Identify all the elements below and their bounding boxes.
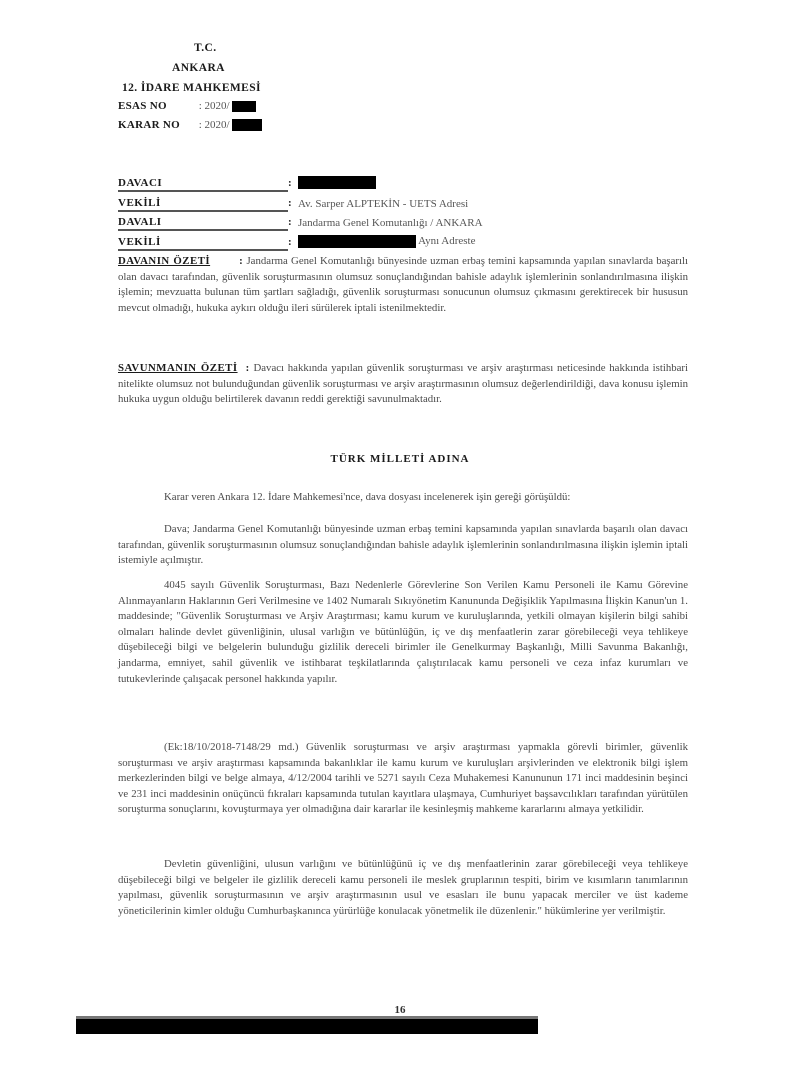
esas-no-row: ESAS NO : 2020/ xyxy=(118,100,256,112)
paragraph-2: Dava; Jandarma Genel Komutanlığı bünyesi… xyxy=(118,522,688,569)
header-country: T.C. xyxy=(194,42,216,54)
party-label-davali: DAVALI xyxy=(118,216,288,231)
redaction-vekili xyxy=(298,235,416,248)
savunmanin-ozeti-section: SAVUNMANIN ÖZETİ : Davacı hakkında yapıl… xyxy=(118,361,688,408)
redaction-esas xyxy=(232,101,256,112)
vekili-address: Aynı Adreste xyxy=(418,235,475,247)
party-value-davali: Jandarma Genel Komutanlığı / ANKARA xyxy=(298,217,483,229)
party-label-vekili-2: VEKİLİ xyxy=(118,236,288,251)
party-label-vekili-1: VEKİLİ xyxy=(118,197,288,212)
esas-no-value: : 2020/ xyxy=(199,100,230,112)
colon: : xyxy=(288,236,292,248)
party-value-davaci xyxy=(298,176,376,189)
karar-no-row: KARAR NO : 2020/ xyxy=(118,119,262,131)
colon: : xyxy=(288,177,292,189)
party-value-vekili-1: Av. Sarper ALPTEKİN - UETS Adresi xyxy=(298,198,468,210)
section-title: TÜRK MİLLETİ ADINA xyxy=(0,453,800,465)
savunmanin-ozeti-label: SAVUNMANIN ÖZETİ xyxy=(118,362,238,374)
karar-no-label: KARAR NO xyxy=(118,119,196,131)
paragraph-4: (Ek:18/10/2018-7148/29 md.) Güvenlik sor… xyxy=(118,740,688,818)
redaction-karar xyxy=(232,119,262,131)
header-city: ANKARA xyxy=(172,62,225,74)
davanin-ozeti-label: DAVANIN ÖZETİ xyxy=(118,255,210,267)
davanin-ozeti-section: DAVANIN ÖZETİ : Jandarma Genel Komutanlı… xyxy=(118,254,688,316)
colon: : xyxy=(288,197,292,209)
karar-no-value: : 2020/ xyxy=(199,119,230,131)
paragraph-3: 4045 sayılı Güvenlik Soruşturması, Bazı … xyxy=(118,578,688,687)
party-label-davaci: DAVACI xyxy=(118,177,288,192)
esas-no-label: ESAS NO xyxy=(118,100,196,112)
colon: : xyxy=(288,216,292,228)
header-court: 12. İDARE MAHKEMESİ xyxy=(122,82,261,94)
page-number: 16 xyxy=(0,1004,800,1016)
document-page: T.C. ANKARA 12. İDARE MAHKEMESİ ESAS NO … xyxy=(0,0,800,1092)
paragraph-1: Karar veren Ankara 12. İdare Mahkemesi'n… xyxy=(118,490,688,506)
party-value-vekili-2: Aynı Adreste xyxy=(298,235,476,248)
footer-redaction-bar xyxy=(76,1016,538,1034)
redaction-davaci xyxy=(298,176,376,189)
paragraph-5: Devletin güvenliğini, ulusun varlığını v… xyxy=(118,857,688,919)
